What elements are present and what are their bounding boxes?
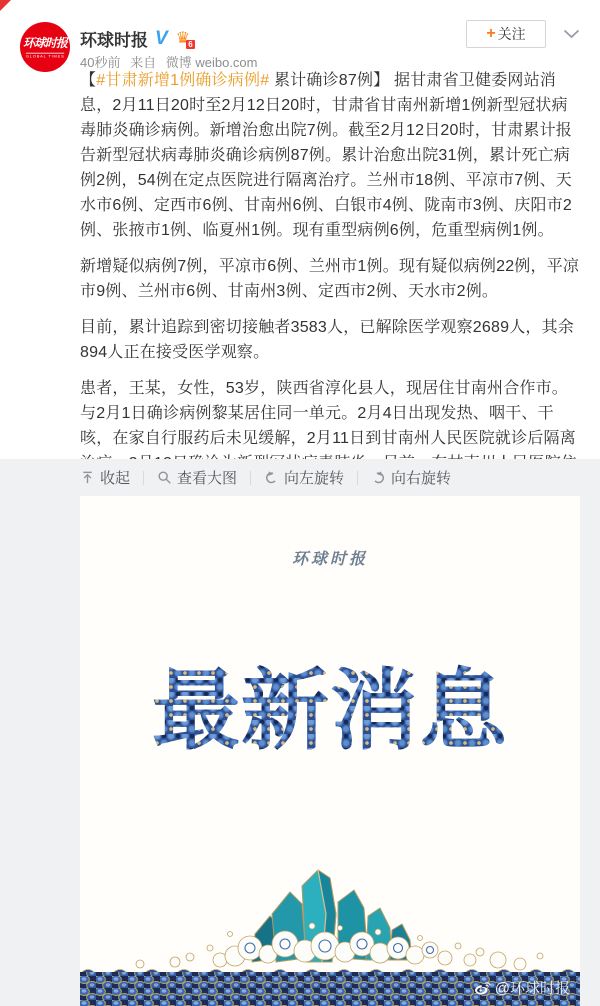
collapse-up-icon — [80, 470, 95, 485]
paragraph-summary-text: 累计确诊87例】 据甘肃省卫健委网站消息，2月11日20时至2月12日20时，甘… — [80, 72, 572, 239]
user-name[interactable]: 环球时报 — [80, 26, 148, 51]
collapse-label: 收起 — [100, 467, 130, 488]
post-body: 【#甘肃新增1例确诊病例# 累计确诊87例】 据甘肃省卫健委网站消息，2月11日… — [80, 68, 582, 512]
bracket-open: 【 — [80, 72, 96, 89]
view-large-label: 查看大图 — [177, 467, 237, 488]
rotate-right-icon — [371, 470, 386, 485]
toolbar-divider — [143, 471, 144, 485]
watermark-text: @环球时报 — [495, 977, 570, 998]
verified-icon: V — [155, 29, 168, 48]
image-toolbar: 收起 查看大图 向左旋转 — [0, 459, 600, 496]
follow-button-label: 关注 — [498, 24, 526, 44]
avatar-logo-subtext: GLOBAL TIMES — [26, 53, 65, 59]
avatar-logo-text: 环球时报 — [23, 34, 67, 51]
rotate-left-label: 向左旋转 — [284, 467, 344, 488]
toolbar-divider — [357, 471, 358, 485]
image-masthead-logo: 环球时报 — [80, 546, 580, 569]
chevron-down-icon[interactable] — [563, 26, 580, 44]
paragraph-contacts: 目前，累计追踪到密切接触者3583人，已解除医学观察2689人，其余894人正在… — [80, 315, 582, 365]
follow-button[interactable]: + 关注 — [466, 20, 546, 48]
paragraph-suspected-cases: 新增疑似病例7例，平凉市6例、兰州市1例。现有疑似病例22例，平凉市9例、兰州市… — [80, 254, 582, 304]
rotate-right-button[interactable]: 向右旋转 — [371, 467, 451, 488]
vip-level-badge: 6 — [186, 40, 195, 49]
magnifier-icon — [157, 470, 172, 485]
rotate-left-icon — [264, 470, 279, 485]
avatar[interactable]: 环球时报 GLOBAL TIMES — [20, 22, 70, 72]
post-image[interactable]: 环球时报 最新消息 — [80, 496, 580, 1006]
rotate-left-button[interactable]: 向左旋转 — [264, 467, 344, 488]
image-headline-text: 最新消息 — [80, 664, 580, 756]
plus-icon: + — [486, 26, 495, 42]
vip-crown-icon: ♛6 — [176, 31, 190, 47]
image-panel: 收起 查看大图 向左旋转 — [0, 459, 600, 1006]
image-watermark: @环球时报 — [473, 977, 570, 998]
view-large-button[interactable]: 查看大图 — [157, 467, 237, 488]
toolbar-divider — [250, 471, 251, 485]
user-name-row: 环球时报 V ♛6 — [80, 26, 190, 51]
pinned-corner-ribbon — [0, 0, 11, 11]
paragraph-summary: 【#甘肃新增1例确诊病例# 累计确诊87例】 据甘肃省卫健委网站消息，2月11日… — [80, 68, 582, 243]
rotate-right-label: 向右旋转 — [391, 467, 451, 488]
weibo-logo-icon — [473, 980, 491, 996]
collapse-button[interactable]: 收起 — [80, 467, 130, 488]
hashtag-link[interactable]: #甘肃新增1例确诊病例# — [96, 72, 269, 89]
